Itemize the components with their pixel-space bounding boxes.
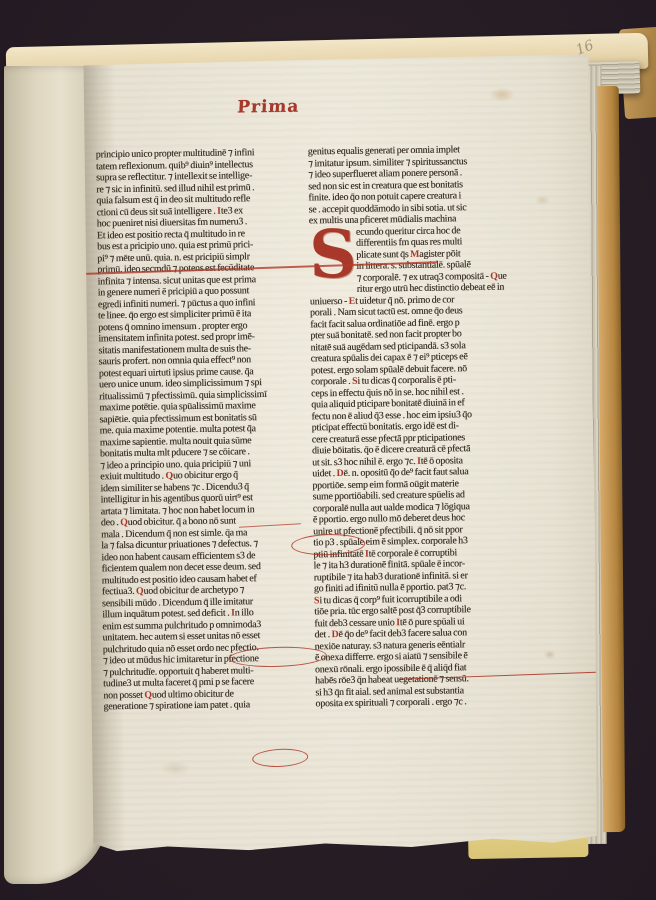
red-pen-oval <box>252 748 309 769</box>
rubricated-capital: I <box>217 205 221 216</box>
rubricated-capital: I <box>231 607 235 618</box>
rubricated-capital: Q <box>136 586 144 597</box>
text-line: generatione ⁊ spiratione iam patet . qui… <box>103 698 309 712</box>
page-leaf: Prima principio unico propter multitudin… <box>80 54 599 859</box>
drop-initial: S <box>309 227 354 286</box>
rubricated-capital: E <box>349 295 356 306</box>
rubricated-capital: Q <box>165 470 173 481</box>
rubricated-capital: I <box>417 455 421 466</box>
rubricated-capital: Q <box>120 517 128 528</box>
rubricated-capital: S <box>352 376 357 387</box>
book-photograph: 16 Prima principio unico propter multitu… <box>0 0 656 900</box>
text-column-left: principio unico propter multitudinē ⁊ in… <box>96 147 310 713</box>
text-line: oposita ex spirituali ⁊ corporali . ergo… <box>315 695 561 710</box>
rubricated-capital: I <box>396 617 400 628</box>
rubricated-capital: D <box>331 629 338 640</box>
rubricated-capital: D <box>337 468 344 479</box>
foxing-spot <box>160 760 190 776</box>
rubricated-capital: Q <box>144 689 152 700</box>
running-header: Prima <box>237 97 300 118</box>
rubricated-capital: Q <box>490 270 498 281</box>
rubricated-capital: I <box>365 548 369 559</box>
text-column-right: genitus equalis generati per omnia imple… <box>308 143 562 710</box>
rubricated-capital: M <box>410 248 419 259</box>
rubricated-capital: S <box>314 595 319 606</box>
foxing-spot <box>489 88 515 102</box>
